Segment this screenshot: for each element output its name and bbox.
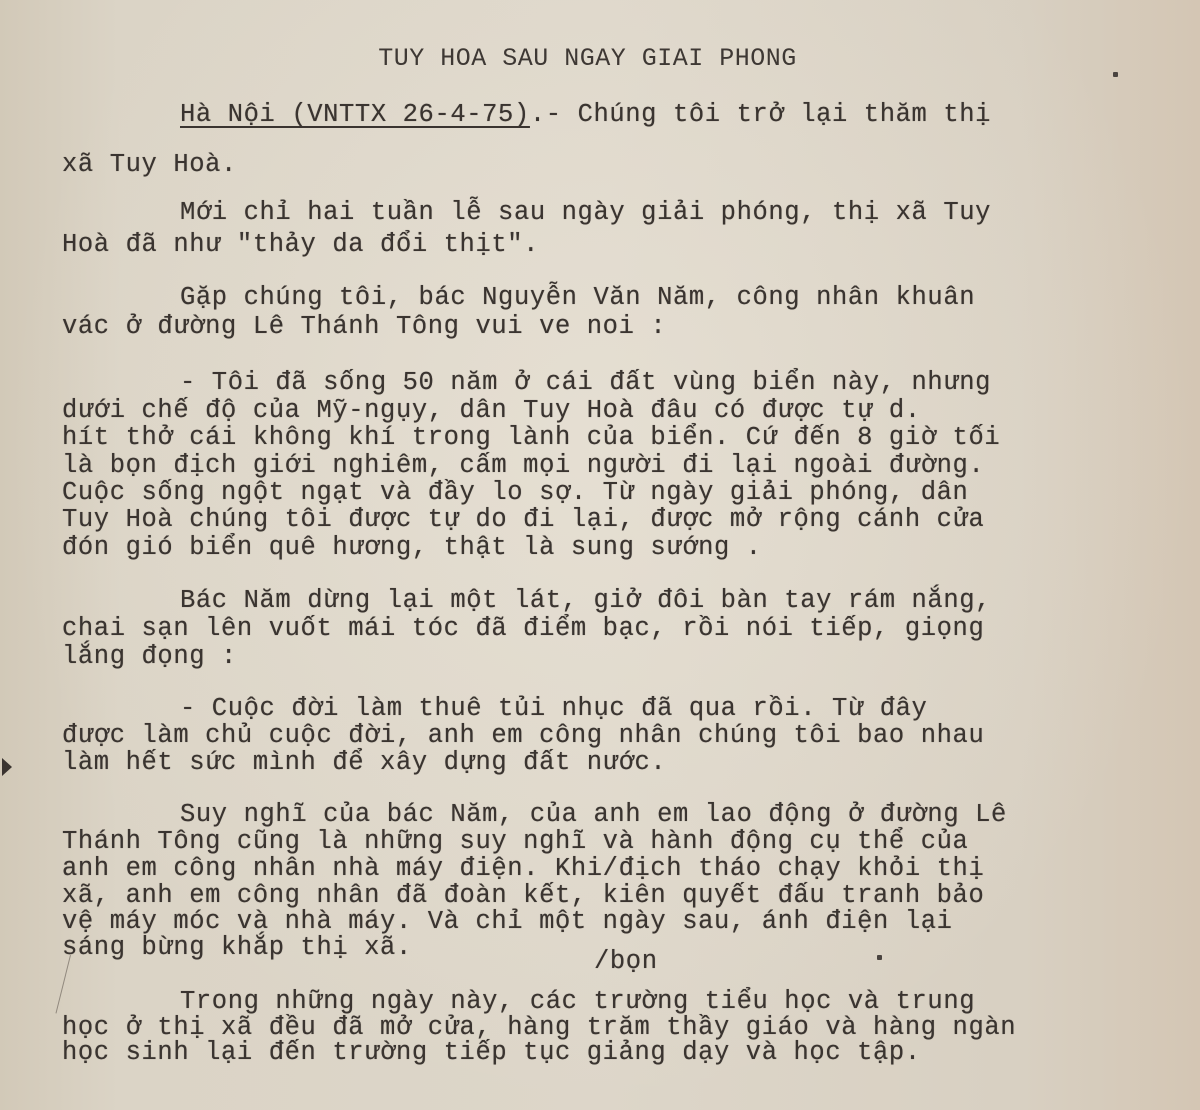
text-line: anh em công nhân nhà máy điện. Khi/địch … xyxy=(62,854,984,883)
text-line: chai sạn lên vuốt mái tóc đã điểm bạc, r… xyxy=(62,614,984,643)
lede-text: .- Chúng tôi trở lại thăm thị xyxy=(530,100,991,129)
text-line: Thánh Tông cũng là những suy nghĩ và hàn… xyxy=(62,827,968,856)
text-line: Suy nghĩ của bác Năm, của anh em lao độn… xyxy=(180,800,1007,829)
text-line: sáng bừng khắp thị xã. xyxy=(62,933,412,962)
text-line: được làm chủ cuộc đời, anh em công nhân … xyxy=(62,721,984,750)
text-line: làm hết sức mình để xây dựng đất nước. xyxy=(62,748,666,777)
text-line: lắng đọng : xyxy=(62,642,237,671)
text-line: dưới chế độ của Mỹ-ngụy, dân Tuy Hoà đâu… xyxy=(62,396,921,425)
margin-arrow-mark xyxy=(2,758,12,776)
text-line: xã Tuy Hoà. xyxy=(62,150,237,179)
handwritten-correction: /bọn xyxy=(594,947,658,976)
dateline: Hà Nội (VNTTX 26-4-75) xyxy=(180,100,530,129)
text-line: học sinh lại đến trường tiếp tục giảng d… xyxy=(62,1038,921,1067)
text-line: Hoà đã như "thảy da đổi thịt". xyxy=(62,230,539,259)
ink-speck xyxy=(877,955,882,960)
text-line: vệ máy móc và nhà máy. Và chỉ một ngày s… xyxy=(62,907,953,936)
text-line: Bác Năm dừng lại một lát, giở đôi bàn ta… xyxy=(180,586,991,615)
text-line: - Tôi đã sống 50 năm ở cái đất vùng biển… xyxy=(180,368,991,397)
text-line: Mới chỉ hai tuần lễ sau ngày giải phóng,… xyxy=(180,198,991,227)
ink-speck xyxy=(1113,72,1118,77)
text-line: Trong những ngày này, các trường tiểu họ… xyxy=(180,987,975,1016)
paper-scratch xyxy=(55,955,70,1013)
text-line: là bọn địch giới nghiêm, cấm mọi người đ… xyxy=(62,451,984,480)
text-line: Cuộc sống ngột ngạt và đầy lo sợ. Từ ngà… xyxy=(62,478,968,507)
document-title: TUY HOA SAU NGAY GIAI PHONG xyxy=(0,44,1175,73)
text-line: đón gió biển quê hương, thật là sung sướ… xyxy=(62,533,762,562)
text-line: Gặp chúng tôi, bác Nguyễn Văn Năm, công … xyxy=(180,283,975,312)
text-line: vác ở đường Lê Thánh Tông vui ve noi : xyxy=(62,312,666,341)
dateline-line: Hà Nội (VNTTX 26-4-75).- Chúng tôi trở l… xyxy=(180,100,991,129)
text-line: xã, anh em công nhân đã đoàn kết, kiên q… xyxy=(62,881,984,910)
text-line: - Cuộc đời làm thuê tủi nhục đã qua rồi.… xyxy=(180,694,927,723)
typewritten-page: TUY HOA SAU NGAY GIAI PHONG Hà Nội (VNTT… xyxy=(0,0,1200,1110)
text-line: Tuy Hoà chúng tôi được tự do đi lại, đượ… xyxy=(62,505,984,534)
text-line: hít thở cái không khí trong lành của biể… xyxy=(62,423,1000,452)
